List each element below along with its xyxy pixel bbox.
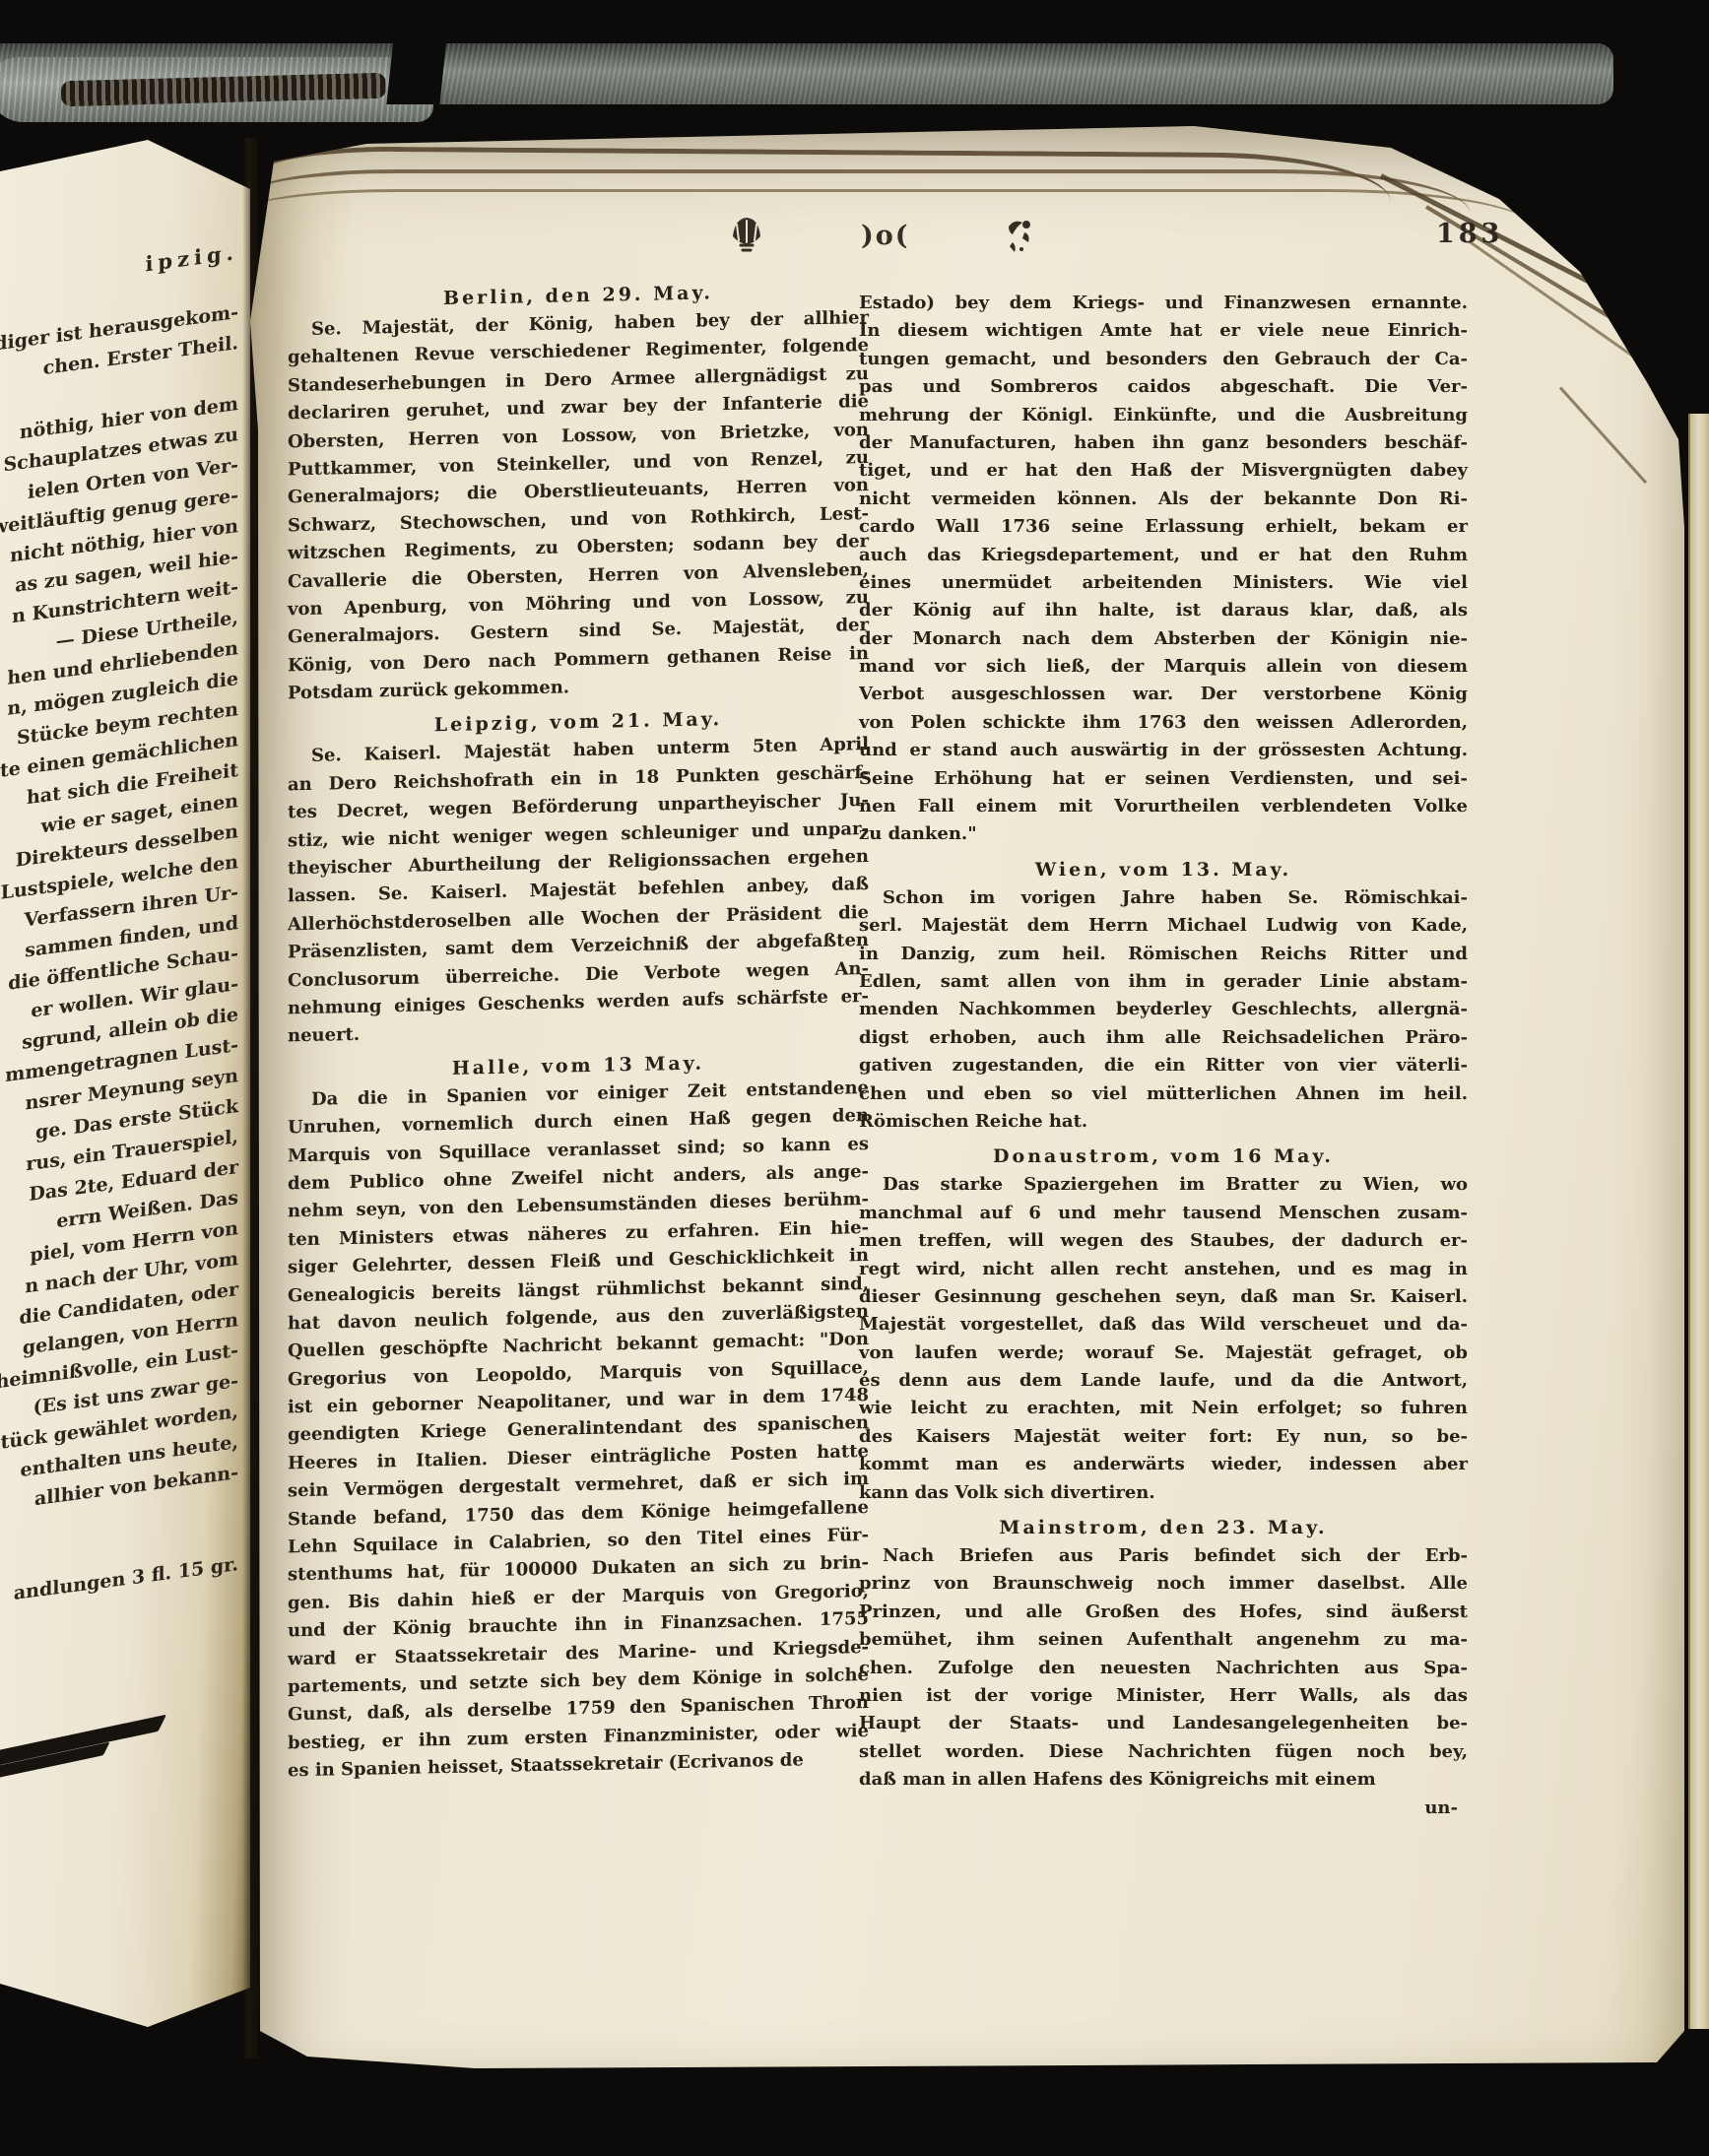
text-line: bemühet, ihm seinen Aufenthalt angenehm … — [859, 1626, 1468, 1654]
text-line: Nach Briefen aus Paris befindet sich der… — [859, 1542, 1468, 1570]
text-line: Verbot ausgeschlossen war. Der verstorbe… — [859, 681, 1468, 708]
left-page-text: ipzig. diger ist herausgekom-chen. Erste… — [0, 236, 238, 1620]
book-photo: ipzig. diger ist herausgekom-chen. Erste… — [0, 0, 1709, 2156]
left-page-fragments: diger ist herausgekom-chen. Erster Theil… — [0, 267, 238, 1620]
text-line: In diesem wichtigen Amte hat er viele ne… — [859, 317, 1468, 345]
page-number: 183 — [1436, 219, 1503, 249]
text-line: tiget, und er hat den Haß der Misvergnüg… — [859, 457, 1468, 485]
section-heading: Wien, vom 13. May. — [859, 856, 1468, 884]
text-line: chen und eben so viel mütterlichen Ahnen… — [859, 1080, 1468, 1108]
text-line: der Monarch nach dem Absterben der König… — [859, 625, 1468, 653]
text-line: Seine Erhöhung hat er seinen Verdiensten… — [859, 765, 1468, 793]
text-line: daß man in allen Hafens des Königreichs … — [859, 1766, 1468, 1794]
left-text-column: Berlin, den 29. May.Se. Majestät, der Kö… — [288, 276, 869, 1786]
text-line: der Manufacturen, haben ihn ganz besonde… — [859, 429, 1468, 457]
text-line: stellet worden. Diese Nachrichten fügen … — [859, 1738, 1468, 1766]
page-corner-edge-line — [1469, 240, 1671, 383]
text-line: prinz von Braunschweig noch immer daselb… — [859, 1570, 1468, 1598]
page-gutter-shadow — [242, 138, 258, 2058]
printer-swash-ornament — [0, 1731, 179, 1785]
text-line: von Polen schickte ihm 1763 den weissen … — [859, 709, 1468, 737]
left-page: ipzig. diger ist herausgekom-chen. Erste… — [0, 126, 250, 2058]
fleuron-ornament-icon — [1001, 217, 1036, 260]
text-line: Schon im vorigen Jahre haben Se. Römisch… — [859, 884, 1468, 912]
text-line: des Kaisers Majestät weiter fort: Ey nun… — [859, 1423, 1468, 1451]
handwritten-number: 94 — [1553, 198, 1635, 273]
text-line: und er stand auch auswärtig in der gröss… — [859, 737, 1468, 764]
text-line: zu danken." — [859, 820, 1468, 848]
shadow-wedge — [386, 0, 450, 104]
text-line: kann das Volk sich divertiren. — [859, 1479, 1468, 1507]
text-line: eines unermüdet arbeitenden Ministers. W… — [859, 569, 1468, 597]
text-line: Das starke Spaziergehen im Bratter zu Wi… — [859, 1171, 1468, 1199]
text-line: regt wird, nicht allen recht anstehen, u… — [859, 1256, 1468, 1283]
text-line: kommt man es anderwärts wieder, indessen… — [859, 1451, 1468, 1478]
text-line: Estado) bey dem Kriegs- und Finanzwesen … — [859, 290, 1468, 317]
text-line: tungen gemacht, und besonders den Gebrau… — [859, 346, 1468, 373]
text-line: auch das Kriegsdepartement, und er hat d… — [859, 542, 1468, 569]
text-line: cardo Wall 1736 seine Erlassung erhielt,… — [859, 513, 1468, 541]
right-text-column: Estado) bey dem Kriegs- und Finanzwesen … — [859, 290, 1468, 1822]
shell-ornament-icon — [727, 213, 766, 258]
page-corner-edge-line — [1559, 386, 1647, 484]
text-line: nen Fall einem mit Vorurtheilen verblend… — [859, 793, 1468, 820]
text-line: Haupt der Staats- und Landesangelegenhei… — [859, 1710, 1468, 1737]
text-line: pas und Sombreros caidos abgeschaft. Die… — [859, 373, 1468, 401]
section-heading: Donaustrom, vom 16 May. — [859, 1143, 1468, 1171]
text-line: wie leicht zu erachten, mit Nein erfolge… — [859, 1395, 1468, 1422]
text-line: es denn aus dem Lande laufe, und da die … — [859, 1367, 1468, 1395]
text-line: digst erhoben, auch ihm alle Reichsadeli… — [859, 1024, 1468, 1052]
text-line: serl. Majestät dem Herrn Michael Ludwig … — [859, 912, 1468, 940]
text-line: Römischen Reiche hat. — [859, 1108, 1468, 1136]
book-fore-edge — [1688, 414, 1709, 2029]
text-line: der König auf ihn halte, ist daraus klar… — [859, 597, 1468, 624]
text-line: in Danzig, zum heil. Römischen Reichs Ri… — [859, 941, 1468, 968]
right-page: )o( 183 94 Berlin, den 29. May.Se. Majes… — [248, 114, 1688, 2076]
text-line: mand vor sich ließ, der Marquis allein v… — [859, 653, 1468, 681]
text-line: men treffen, will wegen des Staubes, der… — [859, 1227, 1468, 1255]
text-line: mehrung der Königl. Einkünfte, und die A… — [859, 402, 1468, 429]
header-divider: )o( — [861, 221, 910, 251]
text-line: nicht vermeiden können. Als der bekannte… — [859, 486, 1468, 513]
text-line: chen. Zufolge den neuesten Nachrichten a… — [859, 1655, 1468, 1682]
text-line: dieser Gesinnung geschehen seyn, daß man… — [859, 1283, 1468, 1311]
section-heading: Mainstrom, den 23. May. — [859, 1514, 1468, 1542]
catchword: un- — [859, 1795, 1468, 1822]
text-line: Edlen, samt allen von ihm in gerader Lin… — [859, 968, 1468, 996]
text-line: Prinzen, und alle Großen des Hofes, sind… — [859, 1599, 1468, 1626]
text-line: Majestät vorgestellet, daß das Wild vers… — [859, 1311, 1468, 1339]
text-line: menden Nachkommen beyderley Geschlechts,… — [859, 996, 1468, 1023]
text-line: manchmal auf 6 und mehr tausend Menschen… — [859, 1200, 1468, 1227]
text-line: gativen zugestanden, die ein Ritter von … — [859, 1052, 1468, 1079]
text-line: von laufen werde; worauf Se. Majestät ge… — [859, 1339, 1468, 1367]
text-line: nien ist der vorige Minister, Herr Walls… — [859, 1682, 1468, 1710]
